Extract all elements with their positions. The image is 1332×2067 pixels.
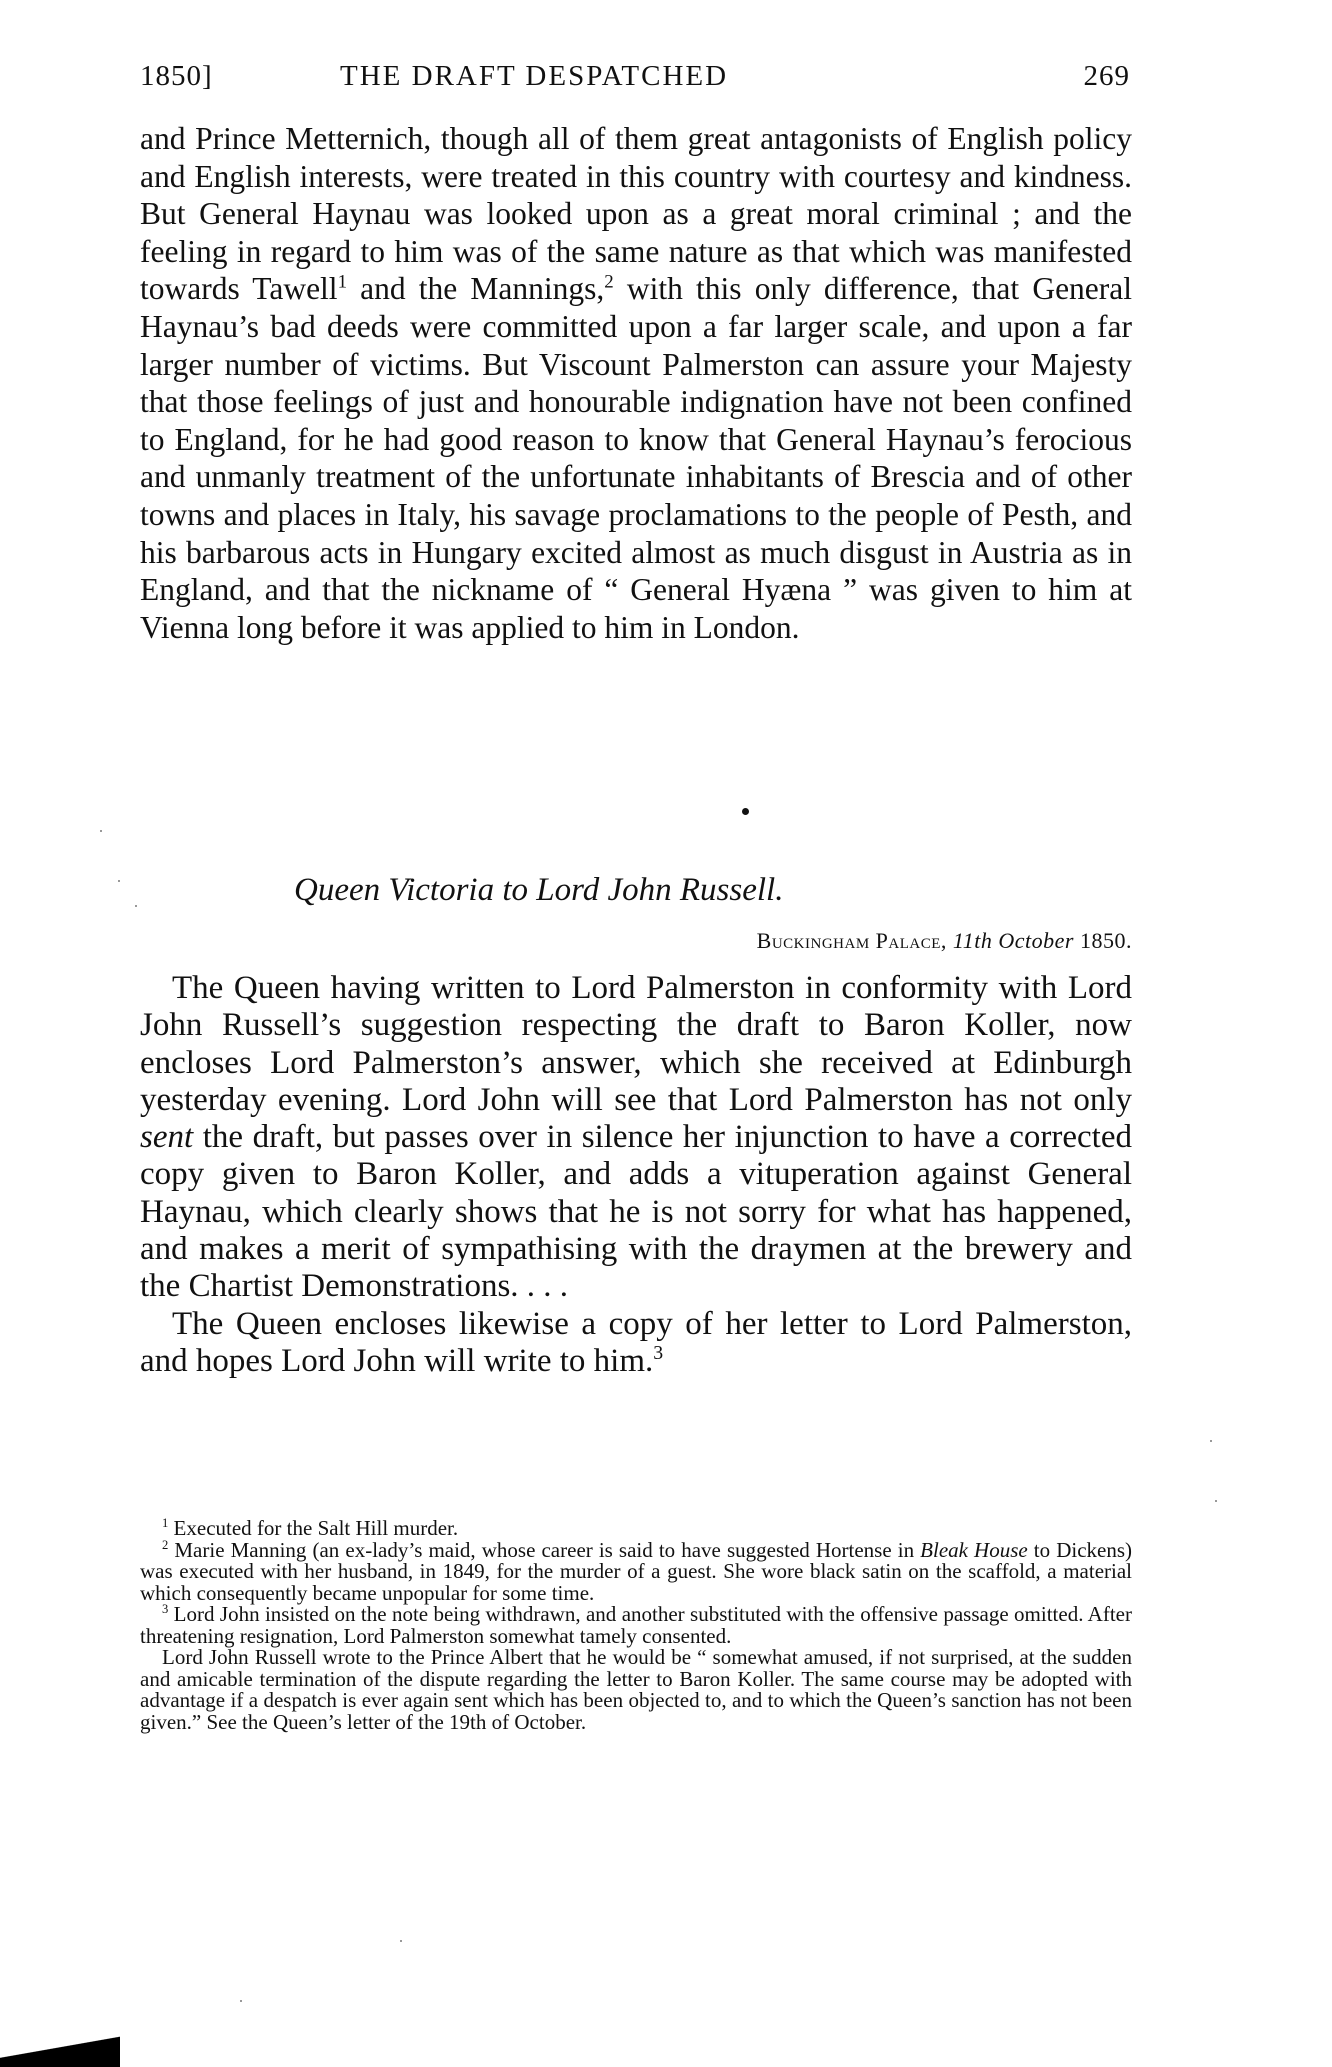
footnotes: 1 Executed for the Salt Hill murder. 2 M… [140, 1518, 1132, 1733]
running-head-year: 1850] [140, 60, 213, 93]
letter-body: The Queen having written to Lord Palmers… [140, 970, 1132, 1380]
footnote-text: Marie Manning (an ex-lady’s maid, whose … [168, 1538, 920, 1562]
footnote-text: Lord John insisted on the note being wit… [140, 1602, 1132, 1648]
page-number: 269 [1084, 60, 1131, 93]
paragraph: and Prince Metternich, though all of the… [140, 120, 1132, 646]
scan-speckle [118, 880, 120, 882]
running-head: 1850] THE DRAFT DESPATCHED 269 [140, 60, 1130, 100]
scan-speckle [1210, 1440, 1212, 1442]
footnote-text: Lord John Russell wrote to the Prince Al… [140, 1645, 1132, 1734]
footnote-2: 2 Marie Manning (an ex-lady’s maid, whos… [140, 1540, 1132, 1605]
emphasis: sent [140, 1119, 193, 1155]
dateline-place: Buckingham Palace, [757, 928, 953, 953]
dateline-year: 1850. [1074, 928, 1132, 953]
footnote-text: Executed for the Salt Hill murder. [168, 1516, 458, 1540]
emphasis: Bleak House [920, 1538, 1028, 1562]
footnote-ref: 2 [604, 272, 613, 293]
text-run: and the Mannings, [347, 271, 604, 306]
scan-speckle [400, 1940, 402, 1942]
footnote-ref: 1 [338, 272, 347, 293]
running-head-title: THE DRAFT DESPATCHED [340, 60, 728, 93]
text-run: The Queen encloses likewise a copy of he… [140, 1306, 1132, 1379]
text-run: The Queen having written to Lord Palmers… [140, 970, 1132, 1118]
dateline-day: 11th October [953, 928, 1074, 953]
scan-speckle [1215, 1500, 1217, 1502]
footnote-1: 1 Executed for the Salt Hill murder. [140, 1518, 1132, 1540]
scan-speckle [240, 2000, 242, 2002]
scan-speckle [135, 905, 137, 907]
text-run: with this only difference, that General … [140, 271, 1132, 644]
dateline: Buckingham Palace, 11th October 1850. [757, 928, 1132, 954]
paragraph: The Queen encloses likewise a copy of he… [140, 1306, 1132, 1381]
text-run: the draft, but passes over in silence he… [140, 1119, 1132, 1304]
footnote-3: 3 Lord John insisted on the note being w… [140, 1604, 1132, 1647]
section-separator-dot [742, 808, 749, 815]
book-page: 1850] THE DRAFT DESPATCHED 269 and Princ… [0, 0, 1332, 2067]
scan-speckle [100, 830, 102, 832]
paragraph: The Queen having written to Lord Palmers… [140, 970, 1132, 1306]
continued-letter-text: and Prince Metternich, though all of the… [140, 120, 1132, 646]
letter-heading: Queen Victoria to Lord John Russell. [294, 872, 783, 909]
scan-edge-shadow [0, 2030, 120, 2067]
footnote-ref: 3 [653, 1342, 663, 1364]
footnote-3-continued: Lord John Russell wrote to the Prince Al… [140, 1647, 1132, 1733]
